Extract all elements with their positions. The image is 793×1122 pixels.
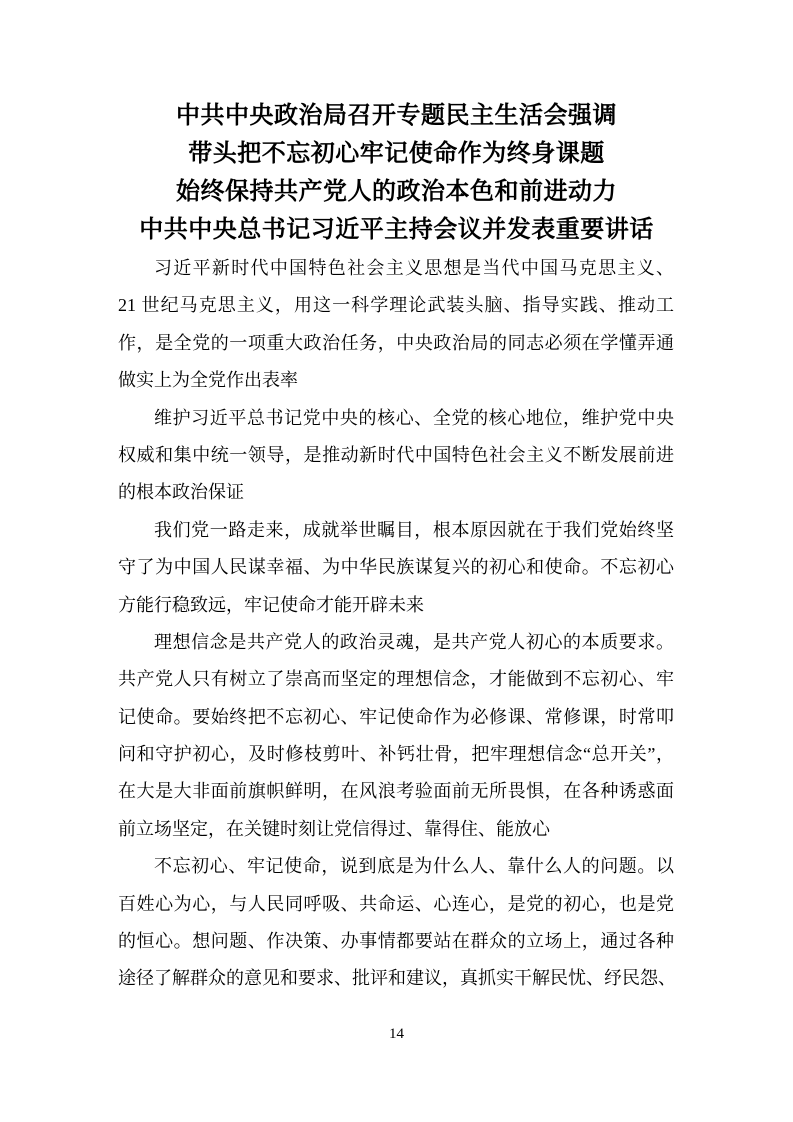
paragraph-line: 权威和集中统一领导，是推动新时代中国特色社会主义不断发展前进 — [118, 437, 674, 474]
page-number: 14 — [0, 1026, 793, 1042]
title-line: 始终保持共产党人的政治本色和前进动力 — [0, 173, 793, 211]
title-line: 中共中央总书记习近平主持会议并发表重要讲话 — [0, 211, 793, 249]
body-paragraph: 我们党一路走来，成就举世瞩目，根本原因就在于我们党始终坚 守了为中国人民谋幸福、… — [118, 512, 674, 624]
paragraph-line: 作，是全党的一项重大政治任务，中央政治局的同志必须在学懂弄通 — [118, 325, 674, 362]
document-title: 中共中央政治局召开专题民主生活会强调 带头把不忘初心牢记使命作为终身课题 始终保… — [0, 97, 793, 249]
paragraph-line: 我们党一路走来，成就举世瞩目，根本原因就在于我们党始终坚 — [118, 512, 674, 549]
body-paragraph: 维护习近平总书记党中央的核心、全党的核心地位，维护党中央 权威和集中统一领导，是… — [118, 400, 674, 512]
paragraph-line: 记使命。要始终把不忘初心、牢记使命作为必修课、常修课，时常叩 — [118, 699, 674, 736]
paragraph-line: 共产党人只有树立了崇高而坚定的理想信念，才能做到不忘初心、牢 — [118, 661, 674, 698]
paragraph-line: 方能行稳致远，牢记使命才能开辟未来 — [118, 587, 674, 624]
body-paragraph: 习近平新时代中国特色社会主义思想是当代中国马克思主义、 21 世纪马克思主义，用… — [118, 250, 674, 400]
document-page: 中共中央政治局召开专题民主生活会强调 带头把不忘初心牢记使命作为终身课题 始终保… — [0, 0, 793, 1122]
body-paragraph: 不忘初心、牢记使命，说到底是为什么人、靠什么人的问题。以 百姓心为心，与人民同呼… — [118, 848, 674, 998]
paragraph-line: 习近平新时代中国特色社会主义思想是当代中国马克思主义、 — [118, 250, 674, 287]
title-line: 带头把不忘初心牢记使命作为终身课题 — [0, 135, 793, 173]
paragraph-line: 守了为中国人民谋幸福、为中华民族谋复兴的初心和使命。不忘初心 — [118, 549, 674, 586]
paragraph-line: 百姓心为心，与人民同呼吸、共命运、心连心，是党的初心，也是党 — [118, 886, 674, 923]
paragraph-line: 途径了解群众的意见和要求、批评和建议，真抓实干解民忧、纾民怨、 — [118, 960, 674, 997]
paragraph-line: 前立场坚定，在关键时刻让党信得过、靠得住、能放心 — [118, 811, 674, 848]
paragraph-line: 维护习近平总书记党中央的核心、全党的核心地位，维护党中央 — [118, 400, 674, 437]
paragraph-line: 问和守护初心，及时修枝剪叶、补钙壮骨，把牢理想信念“总开关”， — [118, 736, 674, 773]
paragraph-line: 不忘初心、牢记使命，说到底是为什么人、靠什么人的问题。以 — [118, 848, 674, 885]
paragraph-line: 做实上为全党作出表率 — [118, 362, 674, 399]
paragraph-line: 理想信念是共产党人的政治灵魂，是共产党人初心的本质要求。 — [118, 624, 674, 661]
paragraph-line: 的恒心。想问题、作决策、办事情都要站在群众的立场上，通过各种 — [118, 923, 674, 960]
paragraph-line: 21 世纪马克思主义，用这一科学理论武装头脑、指导实践、推动工 — [118, 287, 674, 324]
title-line: 中共中央政治局召开专题民主生活会强调 — [0, 97, 793, 135]
document-body: 习近平新时代中国特色社会主义思想是当代中国马克思主义、 21 世纪马克思主义，用… — [118, 250, 674, 998]
paragraph-line: 的根本政治保证 — [118, 474, 674, 511]
paragraph-line: 在大是大非面前旗帜鲜明，在风浪考验面前无所畏惧，在各种诱惑面 — [118, 773, 674, 810]
body-paragraph: 理想信念是共产党人的政治灵魂，是共产党人初心的本质要求。 共产党人只有树立了崇高… — [118, 624, 674, 848]
